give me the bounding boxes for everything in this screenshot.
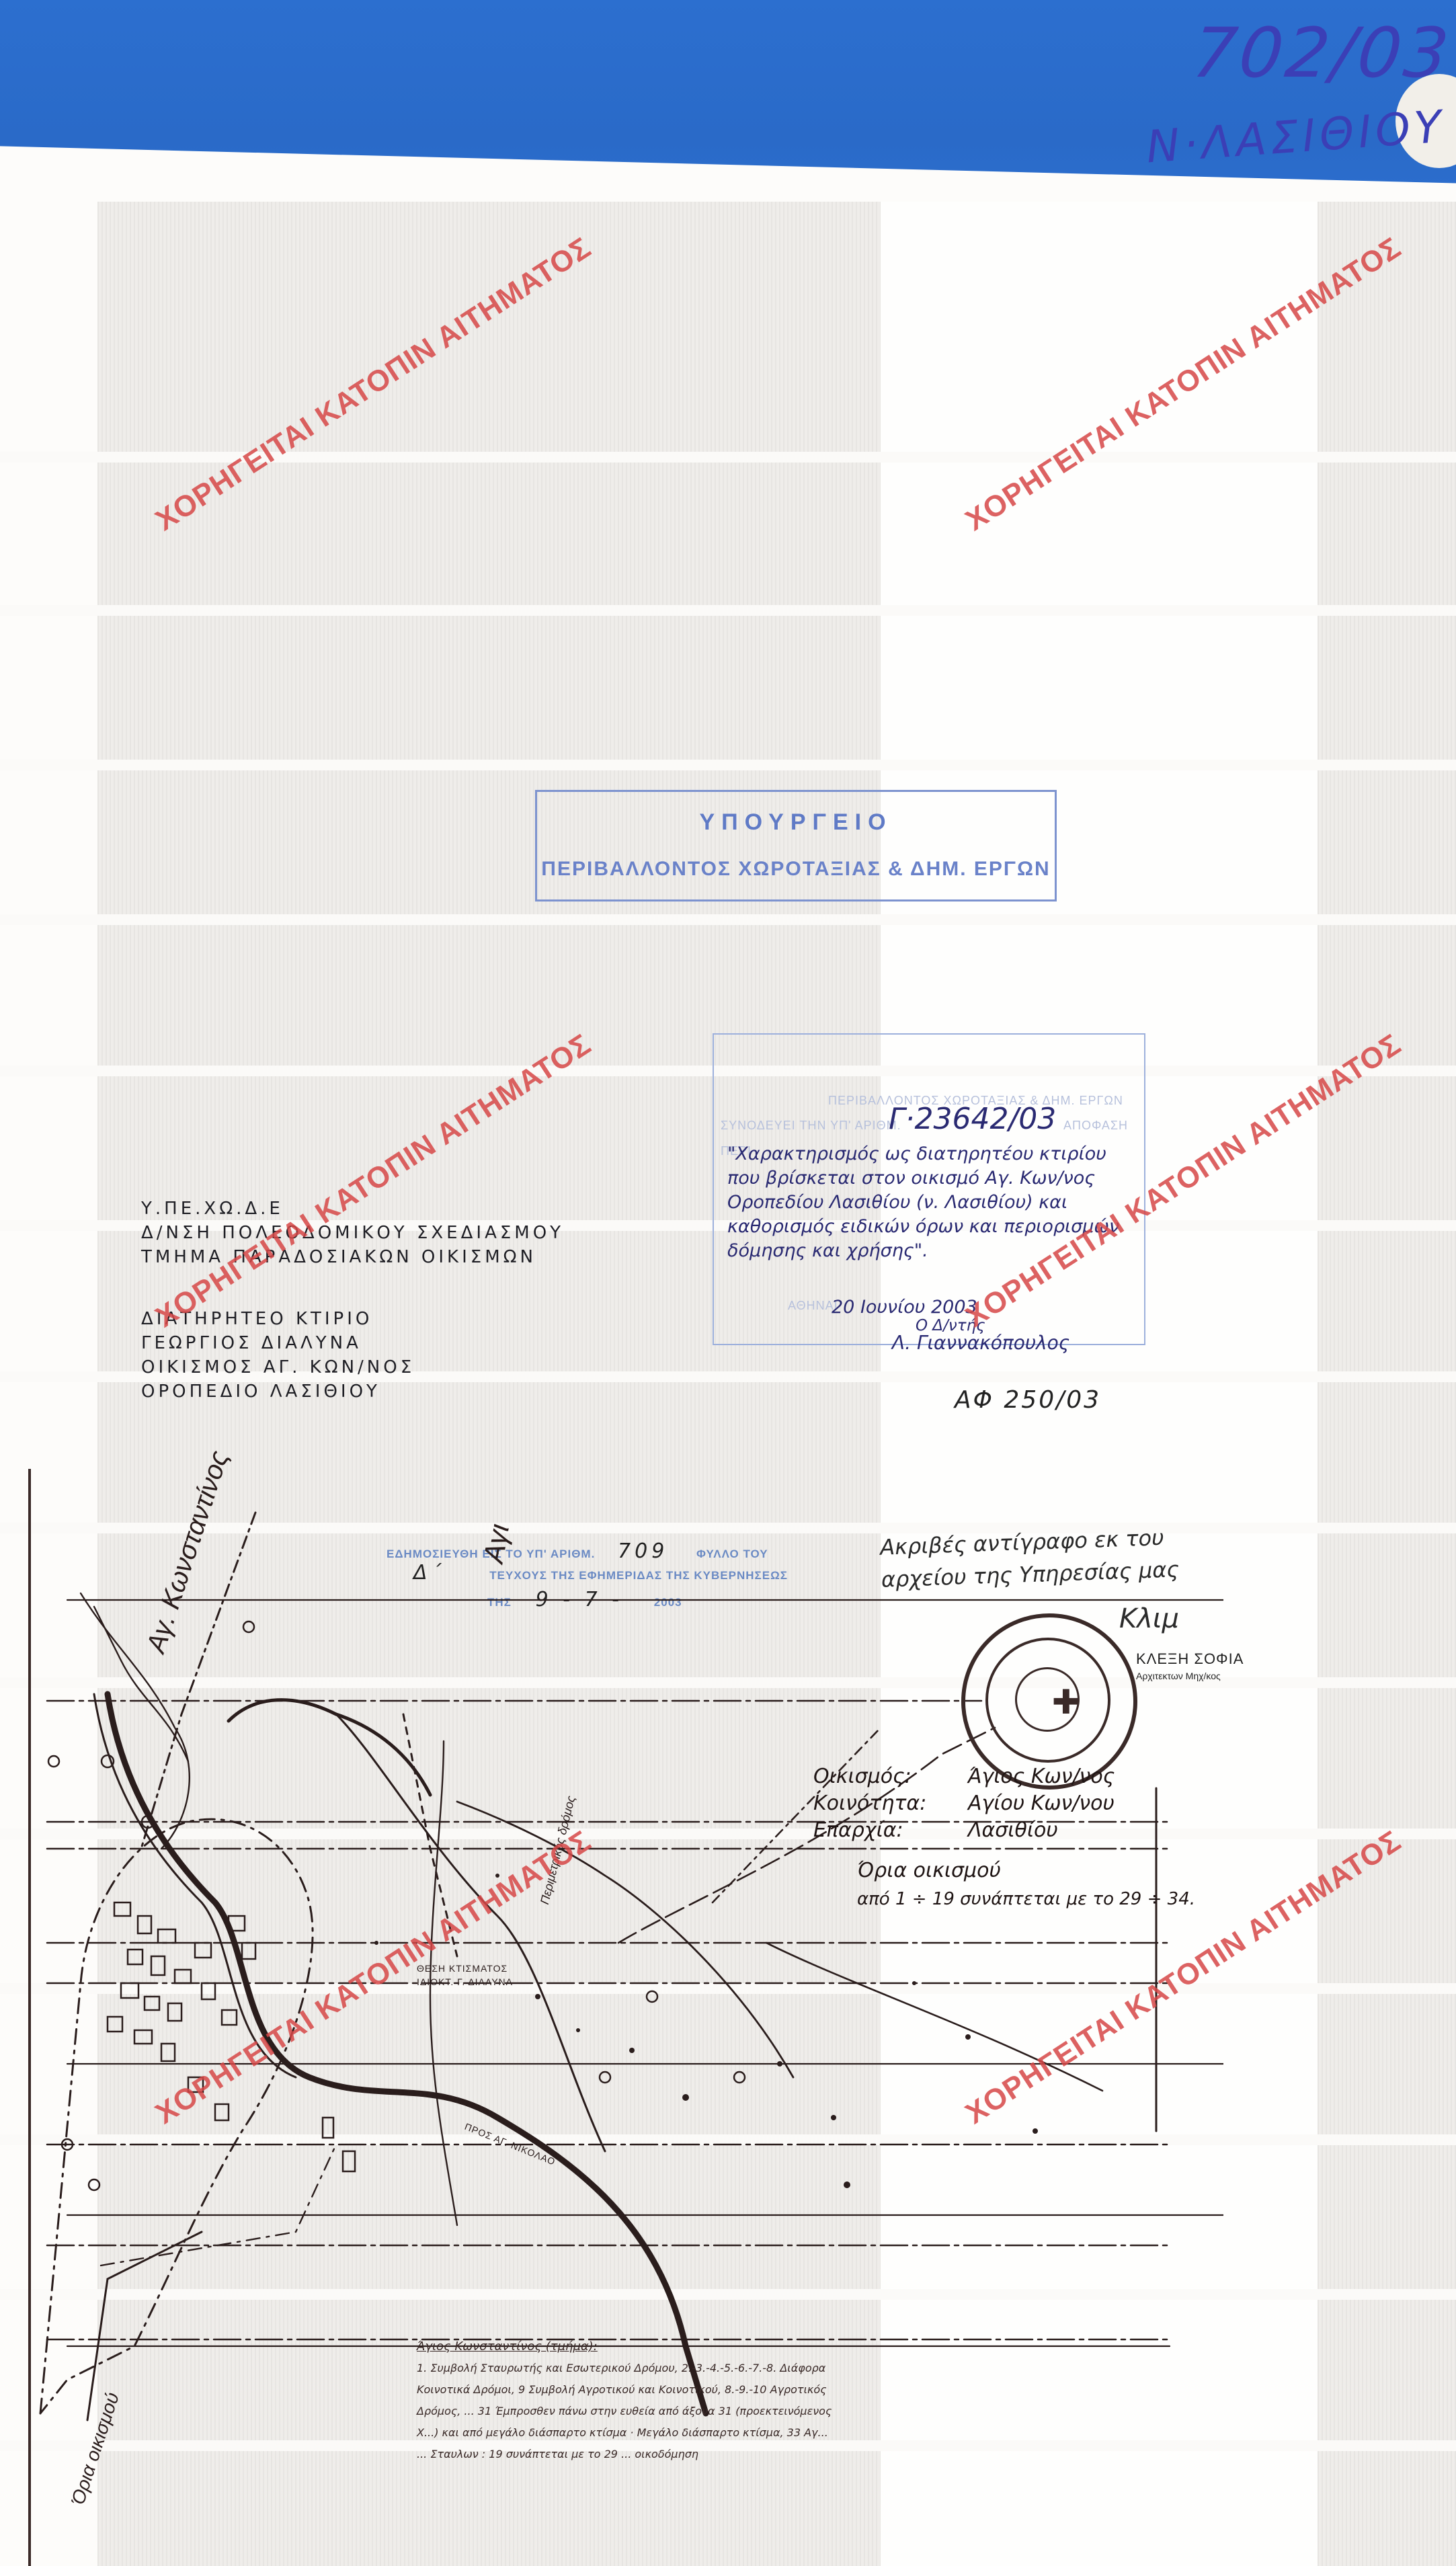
seal-inner-ring: ✚ — [985, 1638, 1110, 1763]
legend-province-value: Λασιθίου — [968, 1818, 1058, 1842]
settlement-name: ΟΙΚΙΣΜΟΣ ΑΓ. ΚΩΝ/ΝΟΣ — [141, 1355, 564, 1379]
af-reference: ΑΦ 250/03 — [955, 1386, 1101, 1414]
official-title: Αρχιτεκτων Μηχ/κος — [1136, 1671, 1244, 1681]
map-label-building-owner: ΙΔΙΟΚΤ. Γ. ΔΙΑΛΥΝΑ — [417, 1976, 513, 1987]
map-label-building-site: ΘΕΣΗ ΚΤΙΣΜΑΤΟΣ — [417, 1963, 508, 1974]
decision-ghost-decision: ΑΠΟΦΑΣΗ — [1063, 1119, 1128, 1133]
legend-settlement-value: Άγιος Κων/νος — [968, 1765, 1115, 1788]
notes-line: ... Σταυλων : 19 συνάπτεται με το 29 ...… — [417, 2444, 1210, 2465]
decision-stamp: ΠΕΡΙΒΑΛΛΟΝΤΟΣ ΧΩΡΟΤΑΞΙΑΣ & ΔΗΜ. ΕΡΓΩΝ ΣΥ… — [713, 1033, 1145, 1345]
plateau-name: ΟΡΟΠΕΔΙΟ ΛΑΣΙΘΙΟΥ — [141, 1379, 564, 1404]
decision-ghost-line: ΣΥΝΟΔΕΥΕΙ ΤΗΝ ΥΠ' ΑΡΙΘΜ. — [721, 1119, 901, 1133]
notes-line: Χ...) και από μεγάλο διάσπαρτο κτίσμα · … — [417, 2422, 1210, 2444]
seal-label: ΚΛΕΞΗ ΣΟΦΙΑ Αρχιτεκτων Μηχ/κος — [1136, 1650, 1244, 1681]
decision-signatory: Λ. Γιαννακόπουλος — [892, 1332, 1069, 1354]
ministry-stamp-title: ΥΠΟΥΡΓΕΙΟ — [537, 809, 1055, 836]
legend-boundary-range: από 1 ÷ 19 συνάπτεται με το 29 ÷ 34. — [857, 1889, 1195, 1909]
legend-community-value: Αγίου Κων/νου — [968, 1792, 1115, 1815]
legend-settlement-key: Οικισμός: — [813, 1765, 968, 1788]
fold-line — [0, 605, 1456, 616]
official-seal: ✚ — [961, 1613, 1137, 1790]
notes-line: Κοινοτικά Δρόμοι, 9 Συμβολή Αγροτικού κα… — [417, 2379, 1210, 2401]
fold-line — [0, 760, 1456, 770]
legend-boundary-title: Όρια οικισμού — [857, 1859, 1001, 1882]
paper-texture-right — [1318, 202, 1456, 2566]
fold-line — [0, 452, 1456, 463]
ministry-stamp: ΥΠΟΥΡΓΕΙΟ ΠΕΡΙΒΑΛΛΟΝΤΟΣ ΧΩΡΟΤΑΞΙΑΣ & ΔΗΜ… — [535, 790, 1057, 901]
ministry-stamp-subtitle: ΠΕΡΙΒΑΛΛΟΝΤΟΣ ΧΩΡΟΤΑΞΙΑΣ & ΔΗΜ. ΕΡΓΩΝ — [537, 858, 1055, 881]
map-label-agi: Αγι — [477, 1521, 516, 1565]
official-name: ΚΛΕΞΗ ΣΟΦΙΑ — [1136, 1650, 1244, 1668]
legend-community-key: Κοινότητα: — [813, 1792, 968, 1815]
seal-emblem: ✚ — [1015, 1667, 1080, 1732]
directorate-name: Δ/ΝΣΗ ΠΟΛΕΟΔΟΜΙΚΟΥ ΣΧΕΔΙΑΣΜΟΥ — [141, 1221, 564, 1245]
folder-file-number: 702/03 — [1189, 13, 1455, 93]
notes-title: Άγιος Κωνσταντίνος (τμήμα): — [417, 2336, 1210, 2358]
decision-ghost-athens: ΑΘΗΝΑΙ — [788, 1299, 838, 1313]
decision-date: 20 Ιουνίου 2003 — [832, 1297, 977, 1318]
notes-line: Δρόμος, ... 31 Έμπροσθεν πάνω στην ευθεί… — [417, 2401, 1210, 2422]
legend-province-key: Επαρχία: — [813, 1818, 968, 1842]
map-notes: Άγιος Κωνσταντίνος (τμήμα): 1. Συμβολή Σ… — [417, 2336, 1210, 2465]
fold-line — [0, 914, 1456, 925]
owner-name: ΓΕΩΡΓΙΟΣ ΔΙΑΛΥΝΑ — [141, 1331, 564, 1355]
cross-icon: ✚ — [1052, 1683, 1080, 1722]
decision-reference: Γ·23642/03 — [889, 1102, 1056, 1136]
notes-line: 1. Συμβολή Σταυρωτής και Εσωτερικού Δρόμ… — [417, 2358, 1210, 2379]
section-name: ΤΜΗΜΑ ΠΑΡΑΔΟΣΙΑΚΩΝ ΟΙΚΙΣΜΩΝ — [141, 1245, 564, 1269]
